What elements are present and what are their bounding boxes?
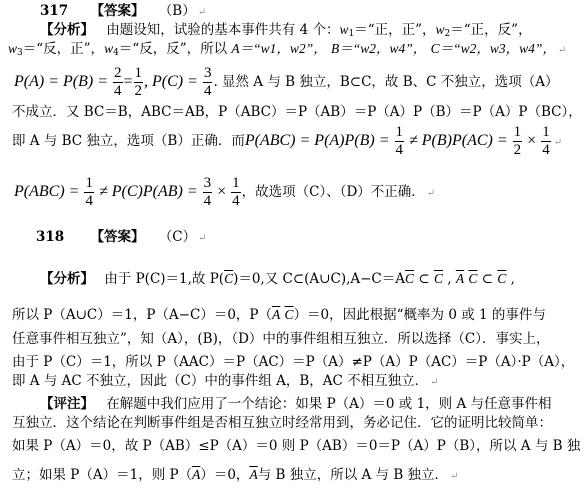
analysis-tag: 【分析】 xyxy=(40,271,94,287)
comment-text: 立；如果 P（A）＝1，则 P（ xyxy=(12,467,192,483)
analysis-text: ，故选项（C）、（D）不正确． xyxy=(242,184,425,200)
comment-line-4: 立；如果 P（A）＝1，则 P（A）＝0，A与 B 独立，所以 A 与 B 独立… xyxy=(12,466,458,486)
problem-317-header: 317 【答案】 （B）↵ xyxy=(40,2,206,22)
a-complement: A xyxy=(249,467,257,482)
c-complement: C xyxy=(434,271,443,286)
return-mark-icon: ↵ xyxy=(198,233,206,244)
comment-text: 互独立．这个结论在判断事件组是否相互独立时经常用到，务必记住．它的证明比较简单： xyxy=(12,415,552,431)
a-complement: A xyxy=(456,271,464,286)
set-b: B＝“w2，w4”， xyxy=(331,41,426,56)
return-mark-icon: ↵ xyxy=(558,45,566,56)
formula: , P(C) = xyxy=(144,73,202,90)
problem-number: 317 xyxy=(40,3,68,19)
comment-text: 在解题中我们应用了一个结论：如果 P（A）＝0 或 1，则 A 与任意事件相 xyxy=(106,396,551,412)
analysis-text: ）＝0，因此根据“概率为 0 或 1 的事件与 xyxy=(294,307,546,323)
analysis-text: 即 A 与 AC 不独立，因此（C）中的事件组 A，B，AC 不相互独立． xyxy=(12,373,428,389)
subset-sign: ⊂ xyxy=(414,271,434,287)
w2-def: ＝“正，反”， xyxy=(450,22,531,38)
comment-line-2: 互独立．这个结论在判断事件组是否相互独立时经常用到，务必记住．它的证明比较简单： xyxy=(12,414,552,432)
comment-line-1: 【评注】 在解题中我们应用了一个结论：如果 P（A）＝0 或 1，则 A 与任意… xyxy=(40,395,552,413)
formula: P(ABC) = xyxy=(14,183,83,200)
analysis-318-line-4: 由于 P（C）＝1，所以 P（AAC）＝P（AC）＝P（A）≠P（A）P（AC）… xyxy=(12,353,574,371)
fraction: 12 xyxy=(134,65,144,100)
fraction: 14 xyxy=(84,175,94,210)
problem-number: 318 xyxy=(36,229,64,245)
set-a: A＝“w1，w2”， xyxy=(231,41,326,56)
analysis-text: 由于 P(C)＝1,故 P( xyxy=(104,271,224,287)
formula: ≠ P(C)P(AB) = xyxy=(95,183,202,200)
fraction: 14 xyxy=(395,124,405,159)
set-c: C＝“w2，w3，w4”， xyxy=(431,41,556,56)
comment-line-3: 如果 P（A）＝0，故 P（AB）≤P（A）＝0 则 P（AB）＝0＝P（A）P… xyxy=(12,437,580,455)
return-mark-icon: ↵ xyxy=(554,137,562,148)
analysis-318-line-2: 所以 P（A∪C）＝1，P（A−C）＝0，P（A C）＝0，因此根据“概率为 0… xyxy=(12,306,546,324)
analysis-text: 所以 P（A∪C）＝1，P（A−C）＝0，P（ xyxy=(12,307,272,323)
return-mark-icon: ↵ xyxy=(430,377,438,388)
subset-sign: ⊂ xyxy=(477,271,497,287)
analysis-318-line-3: 任意事件相互独立”，知（A），(B)，（D）中的事件组相互独立．所以选择（C）．… xyxy=(12,330,550,348)
analysis-text: . 显然 A 与 B 独立，B⊂C，故 B、C 不独立，选项（A） xyxy=(213,74,558,90)
comment-text: 如果 P（A）＝0，故 P（AB）≤P（A）＝0 则 P（AB）＝0＝P（A）P… xyxy=(12,438,580,454)
formula: P(A) = P(B) = xyxy=(14,73,112,90)
times-sign: × xyxy=(523,132,540,149)
formula-line-5: 即 A 与 BC 独立，选项（B）正确．而P(ABC) = P(A)P(B) =… xyxy=(12,121,562,163)
formula: ≠ P(B)P(AC) = xyxy=(405,132,512,149)
w3-def: ＝“反，正”， xyxy=(23,41,104,57)
times-sign: × xyxy=(213,183,230,200)
fraction: 24 xyxy=(113,65,123,100)
analysis-text: 由题设知，试验的基本事件共有 4 个： xyxy=(106,22,339,38)
c-complement: C xyxy=(224,271,233,286)
w4-def: ＝“反，反”，所以 xyxy=(119,41,227,57)
analysis-318-line-5: 即 A 与 AC 不独立，因此（C）中的事件组 A，B，AC 不相互独立．↵ xyxy=(12,372,439,392)
comment-tag: 【评注】 xyxy=(40,396,94,412)
comment-text: ）＝0， xyxy=(200,467,249,483)
formula-line-3: P(A) = P(B) = 24=12, P(C) = 34. 显然 A 与 B… xyxy=(14,62,559,102)
fraction: 14 xyxy=(541,124,551,159)
fraction: 34 xyxy=(203,175,213,210)
c-complement: C xyxy=(497,271,506,286)
comment-text: 与 B 独立，所以 A 与 B 独立． xyxy=(258,467,448,483)
analysis-text: 由于 P（C）＝1，所以 P（AAC）＝P（AC）＝P（A）≠P（A）P（AC）… xyxy=(12,354,574,370)
analysis-text: 即 A 与 BC 独立，选项（B）正确．而 xyxy=(12,133,245,149)
answer-value: （B） xyxy=(159,3,196,19)
fraction: 14 xyxy=(231,175,241,210)
answer-tag: 【答案】 xyxy=(90,229,144,245)
problem-318-header: 318 【答案】 （C）↵ xyxy=(36,228,207,248)
analysis-text: )＝0,又 C⊂(A∪C),A−C＝A xyxy=(233,271,405,287)
analysis-tag: 【分析】 xyxy=(40,22,94,38)
return-mark-icon: ↵ xyxy=(427,188,435,199)
c-complement: C xyxy=(405,271,414,286)
answer-tag: 【答案】 xyxy=(90,3,144,19)
w1-def: ＝“正，正”， xyxy=(354,22,435,38)
analysis-line-2: w3＝“反，正”，w4＝“反，反”，所以 A＝“w1，w2”， B＝“w2，w4… xyxy=(8,40,566,62)
analysis-text: 任意事件相互独立”，知（A），(B)，（D）中的事件组相互独立．所以选择（C）．… xyxy=(12,331,550,347)
analysis-text: 不成立．又 BC＝B，ABC＝AB，P（ABC）＝P（AB）＝P（A）P（B）＝… xyxy=(12,104,582,120)
a-complement: A xyxy=(272,307,280,322)
formula: P(ABC) = P(A)P(B) = xyxy=(245,132,394,149)
analysis-318-line-1: 【分析】 由于 P(C)＝1,故 P(C)＝0,又 C⊂(A∪C),A−C＝AC… xyxy=(40,270,515,288)
fraction: 12 xyxy=(513,124,523,159)
c-complement: C xyxy=(285,307,294,322)
return-mark-icon: ↵ xyxy=(198,7,206,18)
fraction: 34 xyxy=(203,65,213,100)
answer-value: （C） xyxy=(159,229,196,245)
return-mark-icon: ↵ xyxy=(450,471,458,482)
formula-line-6: P(ABC) = 14 ≠ P(C)P(AB) = 34 × 14，故选项（C）… xyxy=(14,172,435,214)
analysis-line-4: 不成立．又 BC＝B，ABC＝AB，P（ABC）＝P（AB）＝P（A）P（B）＝… xyxy=(12,103,582,121)
